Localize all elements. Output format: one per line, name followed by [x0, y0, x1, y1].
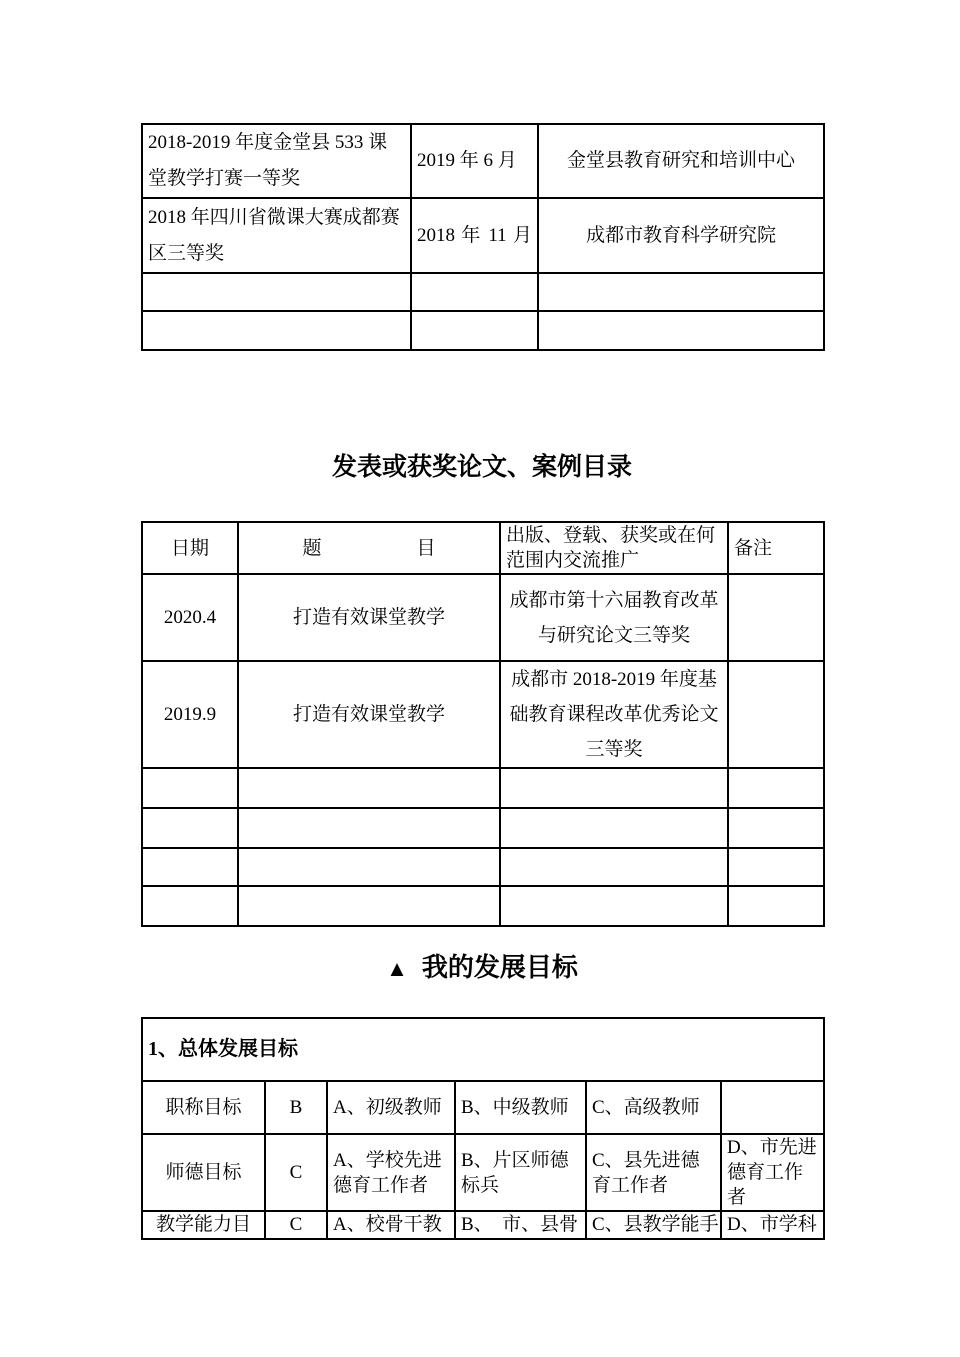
paper-award: 成都市第十六届教育改革与研究论文三等奖 — [500, 574, 728, 661]
goals-table: 1、总体发展目标 职称目标 B A、初级教师 B、中级教师 C、高级教师 师德目… — [141, 1017, 825, 1240]
empty-cell — [238, 768, 500, 808]
table-row: 2019.9 打造有效课堂教学 成都市 2018-2019 年度基础教育课程改革… — [142, 661, 824, 768]
empty-cell — [500, 848, 728, 886]
goal-option-c: C、县先进德育工作者 — [586, 1134, 721, 1211]
empty-cell — [142, 273, 411, 311]
column-header-award: 出版、登载、获奖或在何范围内交流推广 — [500, 522, 728, 574]
empty-cell — [238, 808, 500, 848]
table-row — [142, 886, 824, 926]
table-row — [142, 311, 824, 350]
goal-category: 师德目标 — [142, 1134, 265, 1211]
empty-cell — [500, 886, 728, 926]
goal-option-a: A、初级教师 — [327, 1081, 455, 1134]
empty-cell — [728, 808, 824, 848]
paper-date: 2020.4 — [142, 574, 238, 661]
goal-option-c: C、高级教师 — [586, 1081, 721, 1134]
goal-level: B — [265, 1081, 327, 1134]
empty-cell — [500, 768, 728, 808]
award-org: 金堂县教育研究和培训中心 — [538, 124, 824, 198]
award-name: 2018 年四川省微课大赛成都赛区三等奖 — [142, 198, 411, 273]
empty-cell — [728, 574, 824, 661]
goal-option-d: D、市先进德育工作者 — [721, 1134, 824, 1211]
goal-category: 职称目标 — [142, 1081, 265, 1134]
goal-option-d: D、市学科 — [721, 1211, 824, 1239]
table-row: 2018 年四川省微课大赛成都赛区三等奖 2018 年 11 月 成都市教育科学… — [142, 198, 824, 273]
table-row — [142, 848, 824, 886]
empty-cell — [728, 848, 824, 886]
goals-title-text: 我的发展目标 — [422, 953, 578, 982]
table-section-row: 1、总体发展目标 — [142, 1018, 824, 1081]
document-page: 2018-2019 年度金堂县 533 课堂教学打赛一等奖 2019 年 6 月… — [0, 0, 960, 1357]
empty-cell — [538, 273, 824, 311]
award-date: 2018 年 11 月 — [411, 198, 538, 273]
table-row: 2018-2019 年度金堂县 533 课堂教学打赛一等奖 2019 年 6 月… — [142, 124, 824, 198]
table-row: 职称目标 B A、初级教师 B、中级教师 C、高级教师 — [142, 1081, 824, 1134]
empty-cell — [538, 311, 824, 350]
goal-level: C — [265, 1211, 327, 1239]
goal-category: 教学能力目 — [142, 1211, 265, 1239]
table-row: 师德目标 C A、学校先进德育工作者 B、片区师德标兵 C、县先进德育工作者 D… — [142, 1134, 824, 1211]
empty-cell — [142, 848, 238, 886]
empty-cell — [238, 848, 500, 886]
award-date: 2019 年 6 月 — [411, 124, 538, 198]
goal-option-c: C、县教学能手 — [586, 1211, 721, 1239]
papers-section-title: 发表或获奖论文、案例目录 — [141, 450, 823, 486]
goal-option-b: B、中级教师 — [455, 1081, 586, 1134]
table-row: 2020.4 打造有效课堂教学 成都市第十六届教育改革与研究论文三等奖 — [142, 574, 824, 661]
paper-title: 打造有效课堂教学 — [238, 661, 500, 768]
empty-cell — [238, 886, 500, 926]
triangle-icon: ▲ — [386, 956, 408, 981]
goal-option-b: B、 市、县骨 — [455, 1211, 586, 1239]
goal-option-a: A、学校先进德育工作者 — [327, 1134, 455, 1211]
table-row: 教学能力目 C A、校骨干教 B、 市、县骨 C、县教学能手 D、市学科 — [142, 1211, 824, 1239]
empty-cell — [728, 768, 824, 808]
empty-cell — [411, 273, 538, 311]
goal-level: C — [265, 1134, 327, 1211]
empty-cell — [728, 661, 824, 768]
table-row — [142, 808, 824, 848]
award-org: 成都市教育科学研究院 — [538, 198, 824, 273]
empty-cell — [142, 311, 411, 350]
empty-cell — [728, 886, 824, 926]
paper-date: 2019.9 — [142, 661, 238, 768]
paper-title: 打造有效课堂教学 — [238, 574, 500, 661]
papers-table: 日期 题 目 出版、登载、获奖或在何范围内交流推广 备注 2020.4 打造有效… — [141, 521, 825, 927]
goals-section-title: ▲我的发展目标 — [141, 950, 823, 987]
empty-cell — [411, 311, 538, 350]
empty-cell — [142, 768, 238, 808]
paper-award: 成都市 2018-2019 年度基础教育课程改革优秀论文三等奖 — [500, 661, 728, 768]
award-name: 2018-2019 年度金堂县 533 课堂教学打赛一等奖 — [142, 124, 411, 198]
column-header-date: 日期 — [142, 522, 238, 574]
empty-cell — [500, 808, 728, 848]
goal-option-b: B、片区师德标兵 — [455, 1134, 586, 1211]
column-header-topic: 题 目 — [238, 522, 500, 574]
goals-section-header: 1、总体发展目标 — [142, 1018, 824, 1081]
empty-cell — [142, 808, 238, 848]
empty-cell — [142, 886, 238, 926]
goal-option-a: A、校骨干教 — [327, 1211, 455, 1239]
goal-option-d — [721, 1081, 824, 1134]
table-header-row: 日期 题 目 出版、登载、获奖或在何范围内交流推广 备注 — [142, 522, 824, 574]
table-row — [142, 768, 824, 808]
table-row — [142, 273, 824, 311]
column-header-note: 备注 — [728, 522, 824, 574]
awards-table: 2018-2019 年度金堂县 533 课堂教学打赛一等奖 2019 年 6 月… — [141, 123, 825, 351]
